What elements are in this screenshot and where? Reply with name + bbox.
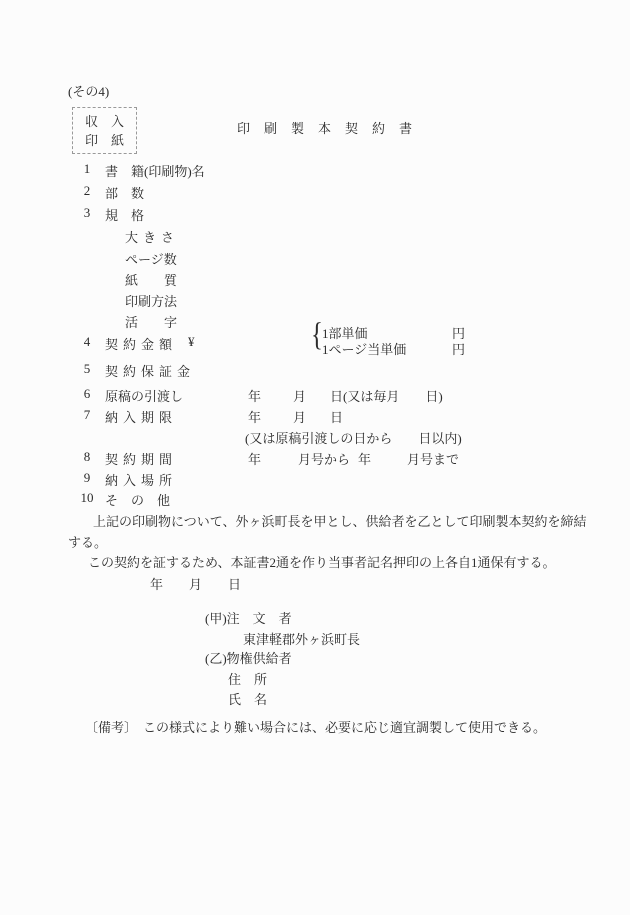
body-paragraph-1-line-2: する。 (68, 535, 107, 551)
spec-size-row: 大きさ (0, 227, 630, 245)
contract-item-7: 7 納入期限 年 月 日 (0, 407, 630, 425)
spec-paper-row: 紙 質 (0, 270, 630, 288)
contract-item-7-note: (又は原稿引渡しの日から 日以内) (0, 428, 630, 446)
spec-pages-label: ページ数 (125, 249, 177, 268)
contract-item-10: 10 そ の 他 (0, 490, 630, 508)
item-number: 7 (78, 407, 96, 423)
month-field: 月 (293, 386, 306, 405)
item-number: 9 (78, 470, 96, 486)
item-number: 8 (78, 449, 96, 465)
contract-item-5: 5 契約保証金 (0, 361, 630, 379)
spec-size-label: 大きさ (125, 227, 179, 246)
item-number: 2 (78, 183, 96, 199)
remarks-text: この様式により難い場合には、必要に応じ適宜調製して使用できる。 (143, 720, 546, 736)
body-paragraph-1-line-1: 上記の印刷物について、外ヶ浜町長を甲とし、供給者を乙として印刷製本契約を締結 (68, 514, 586, 530)
document-title: 印 刷 製 本 契 約 書 (237, 121, 413, 137)
item-label: 原稿の引渡し (105, 386, 183, 405)
body-paragraph-2: この契約を証するため、本証書2通を作り当事者記名押印の上各自1通保有する。 (68, 555, 555, 571)
month-from-field: 月号から (298, 449, 350, 468)
unit-price-label: 1ページ当単価 (322, 339, 406, 358)
signature-party-b-label: (乙)物権供給者 (205, 651, 292, 667)
item-label: 契約期間 (105, 449, 177, 468)
contract-item-2: 2 部 数 (0, 183, 630, 201)
contract-item-3: 3 規 格 (0, 205, 630, 223)
year-field: 年 (248, 407, 261, 426)
unit-price-line-2: 1ページ当単価 円 (0, 339, 630, 354)
month-to-field: 月号まで (407, 449, 459, 468)
item-note: (又は原稿引渡しの日から 日以内) (245, 428, 462, 447)
item-label: 契約保証金 (105, 361, 195, 380)
day-field: 日 (330, 407, 343, 426)
item-label: 納入場所 (105, 470, 177, 489)
item-label: 納入期限 (105, 407, 177, 426)
contract-form-page: (その4) 収 入 印 紙 印 刷 製 本 契 約 書 1 書 籍(印刷物)名 … (0, 0, 630, 915)
item-label: 部 数 (105, 183, 144, 202)
year-to-field: 年 (358, 449, 371, 468)
signature-name-label: 氏 名 (228, 692, 267, 708)
signature-address-label: 住 所 (228, 672, 267, 688)
contract-item-6: 6 原稿の引渡し 年 月 日(又は毎月 日) (0, 386, 630, 404)
spec-pages-row: ページ数 (0, 249, 630, 267)
spec-method-label: 印刷方法 (125, 291, 177, 310)
revenue-stamp-line1: 収 入 (85, 112, 124, 131)
item-number: 3 (78, 205, 96, 221)
signature-party-a-name: 東津軽郡外ヶ浜町長 (243, 632, 360, 648)
year-from-field: 年 (248, 449, 261, 468)
contract-item-9: 9 納入場所 (0, 470, 630, 488)
revenue-stamp-line2: 印 紙 (85, 131, 124, 150)
contract-item-1: 1 書 籍(印刷物)名 (0, 161, 630, 179)
remarks-label: 〔備考〕 (85, 720, 137, 736)
unit-price-yen: 円 (452, 339, 465, 358)
unit-price-line-1: 1部単価 円 (0, 323, 630, 338)
date-line: 年 月 日 (150, 577, 241, 593)
spec-paper-label: 紙 質 (125, 270, 177, 289)
item-number: 5 (78, 361, 96, 377)
day-field: 日(又は毎月 日) (330, 386, 443, 405)
month-field: 月 (293, 407, 306, 426)
item-label: 規 格 (105, 205, 144, 224)
contract-item-8: 8 契約期間 年 月号から 年 月号まで (0, 449, 630, 467)
item-number: 1 (78, 161, 96, 177)
revenue-stamp-box: 収 入 印 紙 (72, 107, 137, 154)
item-label: 書 籍(印刷物)名 (105, 161, 205, 180)
year-field: 年 (248, 386, 261, 405)
signature-party-a-label: (甲)注 文 者 (205, 611, 292, 627)
item-number: 10 (78, 490, 96, 506)
item-number: 6 (78, 386, 96, 402)
page-label: (その4) (68, 84, 109, 100)
item-label: そ の 他 (105, 490, 170, 509)
spec-method-row: 印刷方法 (0, 291, 630, 309)
